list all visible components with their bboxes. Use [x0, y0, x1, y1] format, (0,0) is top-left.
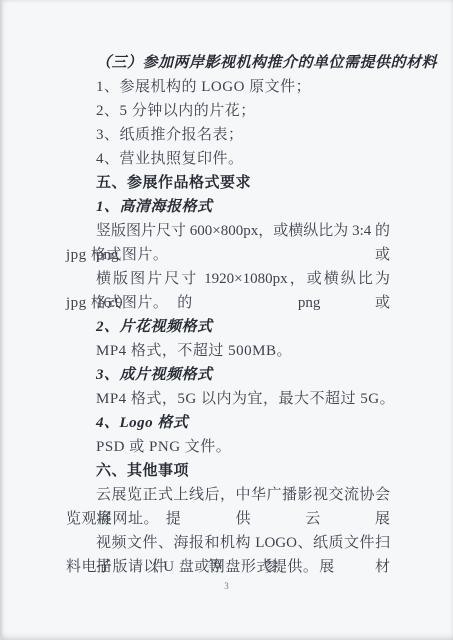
text-line: 2、片花视频格式: [66, 315, 390, 339]
scan-edge: [0, 0, 2, 640]
text-line: 五、参展作品格式要求: [66, 171, 390, 195]
page-number: 3: [0, 579, 453, 593]
text-line: 4、营业执照复印件。: [66, 147, 390, 171]
text-line: 4、Logo 格式: [66, 411, 390, 435]
text-line: 2、5 分钟以内的片花；: [66, 99, 390, 123]
text-line: 横版图片尺寸 1920×1080px，或横纵比为 16:9 的 png 或: [66, 267, 390, 291]
text-line: 3、成片视频格式: [66, 363, 390, 387]
text-line: 竖版图片尺寸 600×800px，或横纵比为 3:4 的 png 或: [66, 219, 390, 243]
document-page: （三）参加两岸影视机构推介的单位需提供的材料1、参展机构的 LOGO 原文件；2…: [0, 0, 453, 640]
text-line: 3、纸质推介报名表；: [66, 123, 390, 147]
text-line: 云展览正式上线后，中华广播影视交流协会将提供云展: [66, 483, 390, 507]
text-line: 1、高清海报格式: [66, 195, 390, 219]
text-line: MP4 格式，5G 以内为宜，最大不超过 5G。: [66, 387, 390, 411]
document-body: （三）参加两岸影视机构推介的单位需提供的材料1、参展机构的 LOGO 原文件；2…: [66, 51, 390, 579]
text-line: 1、参展机构的 LOGO 原文件；: [66, 75, 390, 99]
text-line: MP4 格式，不超过 500MB。: [66, 339, 390, 363]
text-line: 六、其他事项: [66, 459, 390, 483]
text-line: （三）参加两岸影视机构推介的单位需提供的材料: [66, 51, 390, 75]
text-line: PSD 或 PNG 文件。: [66, 435, 390, 459]
text-line: 视频文件、海报和机构 LOGO、纸质文件扫描件等参展材: [66, 531, 390, 555]
